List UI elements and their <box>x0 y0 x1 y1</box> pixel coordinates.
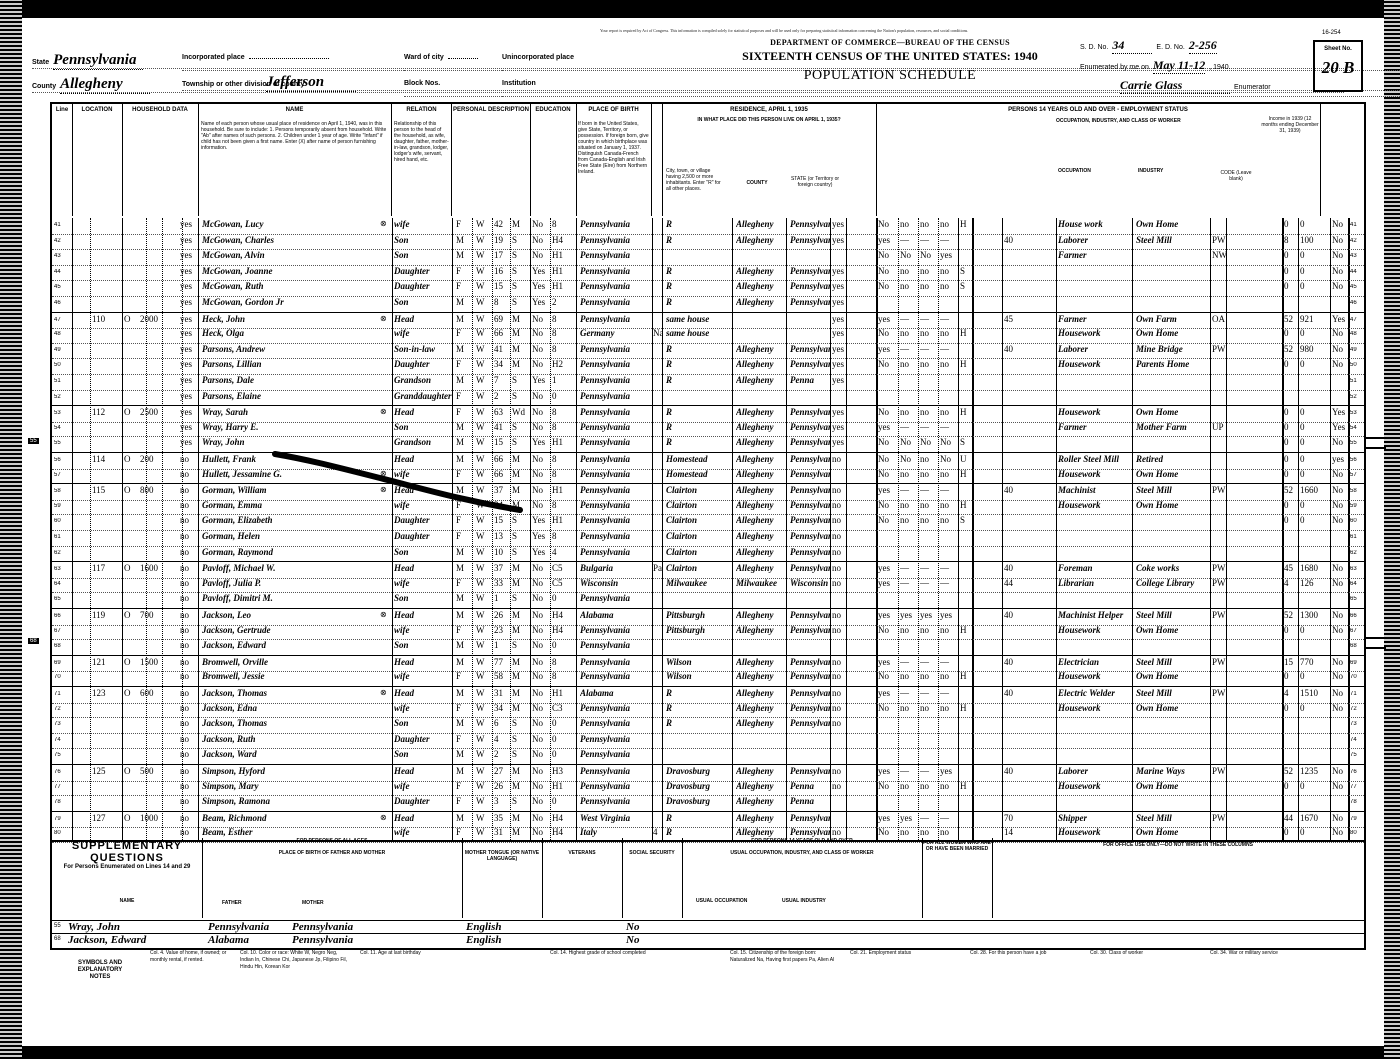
cell-farm35: no <box>832 718 846 728</box>
cell-occupation: Housework <box>1058 625 1132 635</box>
note-col28: Col. 28. For this person have a job <box>970 950 1080 957</box>
cell-school: No <box>532 500 550 510</box>
cell-hours: 40 <box>1004 766 1034 776</box>
line-number-right: 72 <box>1350 706 1368 712</box>
cell-wages: 0 <box>1300 625 1330 635</box>
cell-marital: M <box>512 827 530 837</box>
cell-grade: H1 <box>552 250 576 260</box>
cell-res-state: Pennsylvania <box>790 454 830 464</box>
cell-birthplace: Pennsylvania <box>580 749 652 759</box>
cell-name: Pavloff, Julia P. <box>202 578 390 588</box>
cell-res-city: R <box>666 718 732 728</box>
cell-occupation: Housework <box>1058 781 1132 791</box>
cell-weeks: 0 <box>1284 671 1298 681</box>
cell-house: 127 <box>92 813 122 823</box>
cell-birthplace: Pennsylvania <box>580 454 652 464</box>
cell-res-county: Allegheny <box>736 266 786 276</box>
cell-w22: no <box>900 827 918 837</box>
cell-name: Jackson, Edna <box>202 703 390 713</box>
supp-usual-occupation: FOR PERSONS 14 YEARS OLD AND OVER USUAL … <box>682 838 923 918</box>
cell-wages: 126 <box>1300 578 1330 588</box>
cell-age: 66 <box>494 469 510 479</box>
cell-w21: yes <box>878 563 898 573</box>
line-number: 52 <box>54 394 72 400</box>
cell-res-county: Allegheny <box>736 688 786 698</box>
cell-occupation: Librarian <box>1058 578 1132 588</box>
cell-age: 31 <box>494 827 510 837</box>
cell-w21: No <box>878 328 898 338</box>
cell-w23: — <box>920 314 938 324</box>
cell-sex: M <box>456 297 472 307</box>
table-row: 4242yesMcGowan, CharlesSonMW19SNoH4Penns… <box>52 234 1364 251</box>
cell-school: No <box>532 827 550 837</box>
sd-label: S. D. No. <box>1080 44 1108 51</box>
cell-age: 41 <box>494 422 510 432</box>
cell-res-county: Allegheny <box>736 500 786 510</box>
line-number: 53 <box>54 410 72 416</box>
cell-farm: no <box>180 610 198 620</box>
cell-other-income: No <box>1332 469 1348 479</box>
cell-school: No <box>532 563 550 573</box>
cell-relation: Grandson <box>394 375 452 385</box>
cell-w24: no <box>940 359 958 369</box>
cell-school: No <box>532 469 550 479</box>
line-number: 69 <box>54 660 72 666</box>
line-number-right: 80 <box>1350 830 1368 836</box>
cell-w21: No <box>878 250 898 260</box>
cell-res-city: R <box>666 375 732 385</box>
cell-weeks: 45 <box>1284 563 1298 573</box>
cell-grade: H4 <box>552 827 576 837</box>
cell-w24: — <box>940 578 958 588</box>
cell-grade: H1 <box>552 281 576 291</box>
cell-farm: yes <box>180 297 198 307</box>
cell-w23: no <box>920 703 938 713</box>
cell-race: W <box>476 734 492 744</box>
cell-industry: Own Home <box>1136 407 1210 417</box>
cell-sex: M <box>456 375 472 385</box>
cell-name: Gorman, Elizabeth <box>202 515 390 525</box>
cell-race: W <box>476 407 492 417</box>
cell-grade: H3 <box>552 766 576 776</box>
cell-w23: no <box>920 671 938 681</box>
cell-farm: yes <box>180 266 198 276</box>
cell-relation: Head <box>394 657 452 667</box>
line-number-right: 41 <box>1350 222 1368 228</box>
cell-other-income: yes <box>1332 454 1348 464</box>
cell-occupation: Foreman <box>1058 563 1132 573</box>
cell-marital: S <box>512 640 530 650</box>
cell-citizen: Na <box>653 328 663 338</box>
cell-relation: Head <box>394 766 452 776</box>
cell-race: W <box>476 469 492 479</box>
line-number-right: 42 <box>1350 238 1368 244</box>
cell-industry: Own Home <box>1136 328 1210 338</box>
cell-w23: no <box>920 469 938 479</box>
cell-grade: H1 <box>552 688 576 698</box>
line-number-right: 52 <box>1350 394 1368 400</box>
cell-sex: M <box>456 344 472 354</box>
cell-sex: M <box>456 437 472 447</box>
cell-w24: no <box>940 515 958 525</box>
cell-value: 500 <box>140 766 178 776</box>
cell-birthplace: Pennsylvania <box>580 766 652 776</box>
cell-weeks: 44 <box>1284 813 1298 823</box>
cell-marital: S <box>512 297 530 307</box>
cell-race: W <box>476 766 492 776</box>
cell-marital: M <box>512 703 530 713</box>
cell-farm: no <box>180 500 198 510</box>
cell-industry: Own Farm <box>1136 314 1210 324</box>
cell-w22: no <box>900 703 918 713</box>
cell-birthplace: Pennsylvania <box>580 703 652 713</box>
cell-res-city: R <box>666 827 732 837</box>
cell-w25: H <box>960 219 972 229</box>
cell-w21: No <box>878 454 898 464</box>
cell-marital: S <box>512 235 530 245</box>
cell-res-city: Wilson <box>666 657 732 667</box>
cell-farm: yes <box>180 235 198 245</box>
cell-birthplace: Pennsylvania <box>580 314 652 324</box>
cell-w25: S <box>960 266 972 276</box>
cell-house: 121 <box>92 657 122 667</box>
cell-w22: no <box>900 219 918 229</box>
cell-industry: Steel Mill <box>1136 657 1210 667</box>
cell-birthplace: Alabama <box>580 610 652 620</box>
cell-race: W <box>476 671 492 681</box>
cell-marital: S <box>512 734 530 744</box>
line-number-right: 54 <box>1350 425 1368 431</box>
cell-age: 15 <box>494 437 510 447</box>
cell-age: 77 <box>494 657 510 667</box>
cell-school: No <box>532 235 550 245</box>
cell-age: 17 <box>494 250 510 260</box>
cell-birthplace: Pennsylvania <box>580 796 652 806</box>
cell-w23: — <box>920 344 938 354</box>
cell-industry: Mother Farm <box>1136 422 1210 432</box>
cell-farm: yes <box>180 344 198 354</box>
cell-birthplace: Pennsylvania <box>580 657 652 667</box>
cell-other-income: No <box>1332 359 1348 369</box>
cell-grade: 8 <box>552 657 576 667</box>
cell-w23: no <box>920 219 938 229</box>
cell-relation: Head <box>394 314 452 324</box>
col-location-header: LOCATION <box>72 104 123 216</box>
cell-w24: — <box>940 485 958 495</box>
cell-w22: — <box>900 235 918 245</box>
cell-marital: S <box>512 593 530 603</box>
cell-age: 58 <box>494 671 510 681</box>
cell-hours: 40 <box>1004 235 1034 245</box>
cell-weeks: 0 <box>1284 515 1298 525</box>
cell-marital: M <box>512 219 530 229</box>
cell-name: Gorman, Emma <box>202 500 390 510</box>
line-number: 65 <box>54 596 72 602</box>
cell-weeks: 0 <box>1284 266 1298 276</box>
cell-other-income: No <box>1332 657 1348 667</box>
cell-res-city: Clairton <box>666 563 732 573</box>
line-number: 56 <box>54 457 72 463</box>
cell-res-state: Pennsylvania <box>790 235 830 245</box>
cell-farm35: no <box>832 625 846 635</box>
table-row: 6060noGorman, ElizabethDaughterFW15SYesH… <box>52 514 1364 531</box>
cell-race: W <box>476 219 492 229</box>
cell-sex: F <box>456 281 472 291</box>
supp-mother-birthplace: Pennsylvania <box>292 934 353 946</box>
supp-row-55: 55 Wray, John Pennsylvania Pennsylvania … <box>52 920 1364 934</box>
cell-res-state: Pennsylvania <box>790 657 830 667</box>
incorporated-place-value <box>249 58 329 59</box>
cell-grade: C3 <box>552 703 576 713</box>
table-row: 7373noJackson, ThomasSonMW6SNo0Pennsylva… <box>52 717 1364 734</box>
cell-res-state: Pennsylvania <box>790 563 830 573</box>
cell-weeks: 0 <box>1284 454 1298 464</box>
cell-w22: — <box>900 314 918 324</box>
supplementary-line-marker-55: 55 <box>28 438 39 444</box>
line-number-right: 66 <box>1350 613 1368 619</box>
cell-race: W <box>476 718 492 728</box>
cell-grade: 8 <box>552 531 576 541</box>
cell-cw: PW <box>1212 657 1226 667</box>
cell-marital: M <box>512 766 530 776</box>
line-number-right: 51 <box>1350 378 1368 384</box>
cell-race: W <box>476 657 492 667</box>
cell-res-city: Dravosburg <box>666 796 732 806</box>
line-number-right: 70 <box>1350 674 1368 680</box>
cell-hours: 45 <box>1004 314 1034 324</box>
cell-age: 34 <box>494 500 510 510</box>
cell-relation: Daughter <box>394 515 452 525</box>
cell-birthplace: Pennsylvania <box>580 718 652 728</box>
supp-married-women: FOR ALL WOMEN WHO ARE OR HAVE BEEN MARRI… <box>922 838 993 918</box>
cell-res-city: R <box>666 266 732 276</box>
cell-birthplace: Pennsylvania <box>580 547 652 557</box>
cell-school: No <box>532 688 550 698</box>
cell-wages: 100 <box>1300 235 1330 245</box>
cell-w23: no <box>920 454 938 464</box>
cell-weeks: 15 <box>1284 657 1298 667</box>
supp-mother-tongue-value: English <box>466 921 501 933</box>
cell-sex: F <box>456 531 472 541</box>
cell-w21: yes <box>878 610 898 620</box>
cell-w23: no <box>920 781 938 791</box>
cell-farm35: yes <box>832 266 846 276</box>
cell-industry: Own Home <box>1136 827 1210 837</box>
cell-w24: — <box>940 422 958 432</box>
cell-farm35: no <box>832 578 846 588</box>
cell-school: No <box>532 671 550 681</box>
line-number-right: 61 <box>1350 534 1368 540</box>
cell-w25: H <box>960 469 972 479</box>
year-label: , 1940. <box>1209 64 1230 71</box>
cell-res-state: Wisconsin <box>790 578 830 588</box>
cell-w23: — <box>920 688 938 698</box>
note-col4: Col. 4. Value of home, if owned; or mont… <box>150 950 230 964</box>
cell-weeks: 0 <box>1284 437 1298 447</box>
cell-age: 2 <box>494 749 510 759</box>
cell-weeks: 0 <box>1284 359 1298 369</box>
cell-w22: no <box>900 281 918 291</box>
table-row: 4646yesMcGowan, Gordon JrSonMW8SYes2Penn… <box>52 296 1364 313</box>
cell-marital: M <box>512 657 530 667</box>
cell-sex: F <box>456 578 472 588</box>
cell-race: W <box>476 250 492 260</box>
cell-farm35: no <box>832 781 846 791</box>
cell-birthplace: Pennsylvania <box>580 671 652 681</box>
line-number: 74 <box>54 737 72 743</box>
line-number: 58 <box>54 488 72 494</box>
line-number-right: 60 <box>1350 518 1368 524</box>
cell-relation: Son <box>394 422 452 432</box>
cell-age: 16 <box>494 266 510 276</box>
sheet-label: Sheet No. <box>1315 46 1361 52</box>
cell-relation: Daughter <box>394 531 452 541</box>
cell-name: McGowan, Gordon Jr <box>202 297 390 307</box>
cell-grade: 8 <box>552 219 576 229</box>
cell-marital: S <box>512 250 530 260</box>
cell-w24: no <box>940 671 958 681</box>
cell-w22: no <box>900 625 918 635</box>
cell-marital: S <box>512 515 530 525</box>
cell-own: O <box>124 610 138 620</box>
cell-name: Jackson, Thomas <box>202 718 390 728</box>
cell-farm: no <box>180 718 198 728</box>
cell-res-city: Clairton <box>666 547 732 557</box>
cell-occupation: Shipper <box>1058 813 1132 823</box>
cell-w24: no <box>940 703 958 713</box>
cell-res-city: same house <box>666 328 732 338</box>
county-value: Allegheny <box>60 76 150 94</box>
cell-w25: H <box>960 781 972 791</box>
cell-res-state: Pennsylvania <box>790 703 830 713</box>
cell-res-city: R <box>666 281 732 291</box>
cell-age: 27 <box>494 766 510 776</box>
cell-sex: M <box>456 454 472 464</box>
cell-name: Parsons, Elaine <box>202 391 390 401</box>
cell-cw: PW <box>1212 485 1226 495</box>
cell-res-state: Pennsylvania <box>790 297 830 307</box>
cell-grade: H1 <box>552 515 576 525</box>
cell-w23: No <box>920 250 938 260</box>
cell-weeks: 0 <box>1284 781 1298 791</box>
cell-w23: no <box>920 359 938 369</box>
cell-w24: no <box>940 281 958 291</box>
cell-marital: Wd <box>512 407 530 417</box>
sd-value: 34 <box>1112 38 1152 54</box>
cell-house: 119 <box>92 610 122 620</box>
cell-relation: Head <box>394 813 452 823</box>
cell-res-state: Pennsylvania <box>790 500 830 510</box>
table-row: 6161noGorman, HelenDaughterFW13SYes8Penn… <box>52 530 1364 547</box>
cell-school: No <box>532 593 550 603</box>
cell-w23: yes <box>920 610 938 620</box>
cell-sex: M <box>456 610 472 620</box>
cell-farm35: yes <box>832 297 846 307</box>
cell-age: 15 <box>494 515 510 525</box>
cell-other-income: No <box>1332 437 1348 447</box>
cell-race: W <box>476 281 492 291</box>
sheet-value: 20 B <box>1315 58 1361 78</box>
cell-w21: No <box>878 515 898 525</box>
cell-marital: M <box>512 625 530 635</box>
cell-birthplace: Pennsylvania <box>580 531 652 541</box>
cell-grade: 1 <box>552 375 576 385</box>
col-line-header: Line <box>52 104 73 216</box>
cell-wages: 0 <box>1300 781 1330 791</box>
cell-w25: H <box>960 407 972 417</box>
table-row: 5757noHullett, Jessamine G.wifeFW66MNo8P… <box>52 468 1364 485</box>
cell-name: Gorman, William <box>202 485 390 495</box>
cell-wages: 0 <box>1300 328 1330 338</box>
cell-name: Bromwell, Jessie <box>202 671 390 681</box>
cell-birthplace: Pennsylvania <box>580 407 652 417</box>
table-row: 7474noJackson, RuthDaughterFW4SNo0Pennsy… <box>52 733 1364 750</box>
cell-wages: 0 <box>1300 266 1330 276</box>
cell-school: No <box>532 657 550 667</box>
cell-grade: 8 <box>552 454 576 464</box>
cell-farm35: no <box>832 657 846 667</box>
cell-cw: PW <box>1212 563 1226 573</box>
cell-w22: no <box>900 266 918 276</box>
cell-wages: 0 <box>1300 827 1330 837</box>
cell-industry: Parents Home <box>1136 359 1210 369</box>
cell-w21: No <box>878 469 898 479</box>
cell-farm: yes <box>180 314 198 324</box>
cell-w21: No <box>878 407 898 417</box>
cell-farm: no <box>180 640 198 650</box>
cell-farm35: yes <box>832 359 846 369</box>
cell-weeks: 0 <box>1284 328 1298 338</box>
cell-grade: H1 <box>552 485 576 495</box>
cell-relation: wife <box>394 781 452 791</box>
cell-hours: 40 <box>1004 563 1034 573</box>
cell-sex: F <box>456 359 472 369</box>
cell-occupation: Farmer <box>1058 422 1132 432</box>
cell-birthplace: Pennsylvania <box>580 219 652 229</box>
line-number-right: 76 <box>1350 769 1368 775</box>
cell-birthplace: Bulgaria <box>580 563 652 573</box>
cell-marital: S <box>512 437 530 447</box>
cell-w24: no <box>940 328 958 338</box>
line-number-right: 59 <box>1350 503 1368 509</box>
cell-citizen: Pa <box>653 563 663 573</box>
cell-marital: S <box>512 718 530 728</box>
line-number-right: 71 <box>1350 691 1368 697</box>
cell-w24: no <box>940 827 958 837</box>
cell-w22: — <box>900 485 918 495</box>
cell-grade: 8 <box>552 500 576 510</box>
unincorporated-label: Unincorporated place <box>502 54 574 61</box>
cell-own: O <box>124 657 138 667</box>
enumerator-name: Carrie Glass <box>1120 78 1230 94</box>
cell-wages: 1510 <box>1300 688 1330 698</box>
cell-marital: M <box>512 344 530 354</box>
cell-grade: 8 <box>552 328 576 338</box>
cell-occupation: Laborer <box>1058 235 1132 245</box>
cell-name: Pavloff, Dimitri M. <box>202 593 390 603</box>
cell-farm: yes <box>180 359 198 369</box>
table-row: 5050yesParsons, LillianDaughterFW34MNoH2… <box>52 358 1364 375</box>
cell-industry: Own Home <box>1136 671 1210 681</box>
cell-age: 1 <box>494 593 510 603</box>
cell-wages: 1235 <box>1300 766 1330 776</box>
cell-school: No <box>532 422 550 432</box>
line-number: 54 <box>54 425 72 431</box>
cell-age: 69 <box>494 314 510 324</box>
cell-name: McGowan, Alvin <box>202 250 390 260</box>
cell-res-county: Allegheny <box>736 703 786 713</box>
cell-res-city: Clairton <box>666 531 732 541</box>
